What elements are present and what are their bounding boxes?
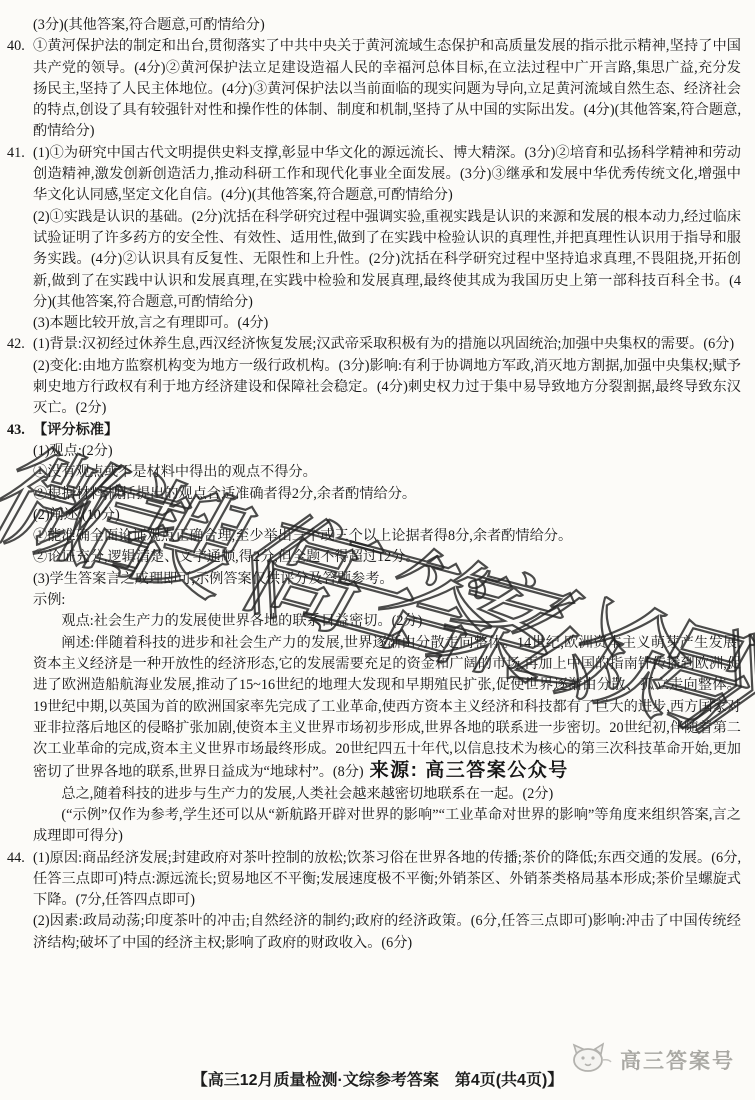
answers-list: (3分)(其他答案,符合题意,可酌情给分)40.①黄河保护法的制定和出台,贯彻落… bbox=[33, 15, 741, 954]
answer-text: 总之,随着科技的进步与生产力的发展,人类社会越来越密切地联系在一起。(2分) bbox=[61, 786, 553, 802]
answer-paragraph: 阐述:伴随着科技的进步和社会生产力的发展,世界逐渐由分散走向整体。14世纪,欧洲… bbox=[33, 633, 741, 784]
answer-text: 示例: bbox=[33, 592, 65, 608]
answer-text: (1)①为研究中国古代文明提供史料支撑,彰显中华文化的源远流长、博大精深。(3分… bbox=[33, 145, 741, 204]
question-number: 40. bbox=[7, 36, 25, 57]
answer-text: (2)因素:政局动荡;印度茶叶的冲击;自然经济的制约;政府的经济政策。(6分,任… bbox=[33, 913, 741, 950]
answer-text: (1)原因:商品经济发展;封建政府对茶叶控制的放松;饮茶习俗在世界各地的传播;茶… bbox=[33, 850, 741, 909]
question-number: 44. bbox=[7, 848, 25, 869]
answer-text: 阐述:伴随着科技的进步和社会生产力的发展,世界逐渐由分散走向整体。14世纪,欧洲… bbox=[33, 635, 741, 781]
answer-paragraph: (3)本题比较开放,言之有理即可。(4分) bbox=[33, 313, 741, 334]
answer-text: (1)观点:(2分) bbox=[33, 443, 113, 459]
answer-text: ①没有观点或不是材料中得出的观点不得分。 bbox=[33, 464, 317, 480]
answer-paragraph: 41.(1)①为研究中国古代文明提供史料支撑,彰显中华文化的源远流长、博大精深。… bbox=[33, 143, 741, 207]
answer-text: ①能准确全面论证观点正确合理,至少举出三个或三个以上论据者得8分,余者酌情给分。 bbox=[33, 528, 572, 544]
answer-paragraph: 42.(1)背景:汉初经过休养生息,西汉经济恢复发展;汉武帝采取积极有为的措施以… bbox=[33, 334, 741, 355]
answer-paragraph: (“示例”仅作为参考,学生还可以从“新航路开辟对世界的影响”“工业革命对世界的影… bbox=[33, 805, 741, 848]
answer-paragraph: 44.(1)原因:商品经济发展;封建政府对茶叶控制的放松;饮茶习俗在世界各地的传… bbox=[33, 848, 741, 912]
question-number: 42. bbox=[7, 334, 25, 355]
answer-text: (“示例”仅作为参考,学生还可以从“新航路开辟对世界的影响”“工业革命对世界的影… bbox=[33, 807, 741, 844]
answer-paragraph: (3)学生答案言之成理即可,示例答案仅供评分及答题参考。 bbox=[33, 569, 741, 590]
answer-text: ②根据材料,概括提出的观点合适准确者得2分,余者酌情给分。 bbox=[33, 486, 416, 502]
source-note: 来源: 高三答案公众号 bbox=[364, 760, 569, 781]
answer-text: (2)变化:由地方监察机构变为地方一级行政机构。(3分)影响:有利于协调地方军政… bbox=[33, 358, 741, 417]
answer-text: (3分)(其他答案,符合题意,可酌情给分) bbox=[33, 17, 265, 33]
publisher-logo-text: 高三答案号 bbox=[620, 1045, 735, 1075]
publisher-logo: 高三答案号 bbox=[571, 1041, 735, 1078]
answer-paragraph: 总之,随着科技的进步与生产力的发展,人类社会越来越密切地联系在一起。(2分) bbox=[33, 784, 741, 805]
answer-text: (2)阐述:(10分) bbox=[33, 507, 120, 523]
answer-paragraph: (2)①实践是认识的基础。(2分)沈括在科学研究过程中强调实验,重视实践是认识的… bbox=[33, 207, 741, 313]
answer-paragraph: ②根据材料,概括提出的观点合适准确者得2分,余者酌情给分。 bbox=[33, 484, 741, 505]
answer-text: 观点:社会生产力的发展使世界各地的联系日益密切。(2分) bbox=[61, 613, 422, 629]
answer-text: (1)背景:汉初经过休养生息,西汉经济恢复发展;汉武帝采取积极有为的措施以巩固统… bbox=[33, 336, 734, 352]
answer-text: ①黄河保护法的制定和出台,贯彻落实了中共中央关于黄河流域生态保护和高质量发展的指… bbox=[33, 38, 741, 139]
question-number: 41. bbox=[7, 143, 25, 164]
answer-paragraph: 40.①黄河保护法的制定和出台,贯彻落实了中共中央关于黄河流域生态保护和高质量发… bbox=[33, 36, 741, 142]
answer-paragraph: 观点:社会生产力的发展使世界各地的联系日益密切。(2分) bbox=[33, 611, 741, 632]
answer-paragraph: (2)阐述:(10分) bbox=[33, 505, 741, 526]
answer-paragraph: (2)因素:政局动荡;印度茶叶的冲击;自然经济的制约;政府的经济政策。(6分,任… bbox=[33, 911, 741, 954]
answer-paragraph: (2)变化:由地方监察机构变为地方一级行政机构。(3分)影响:有利于协调地方军政… bbox=[33, 356, 741, 420]
answer-paragraph: 示例: bbox=[33, 590, 741, 611]
answer-text: (3)本题比较开放,言之有理即可。(4分) bbox=[33, 315, 268, 331]
cat-face-icon bbox=[571, 1041, 613, 1078]
question-number: 43. bbox=[7, 420, 25, 441]
answer-paragraph: ②论证充分,逻辑清楚、文字通顺,得2分,但全题不得超过12分。 bbox=[33, 547, 741, 568]
answer-paragraph: (3分)(其他答案,符合题意,可酌情给分) bbox=[33, 15, 741, 36]
answer-text: (2)①实践是认识的基础。(2分)沈括在科学研究过程中强调实验,重视实践是认识的… bbox=[33, 209, 741, 310]
answer-text: 【评分标准】 bbox=[33, 422, 118, 438]
answer-paragraph: ①能准确全面论证观点正确合理,至少举出三个或三个以上论据者得8分,余者酌情给分。 bbox=[33, 526, 741, 547]
answer-sheet-page: (3分)(其他答案,符合题意,可酌情给分)40.①黄河保护法的制定和出台,贯彻落… bbox=[0, 0, 755, 1100]
answer-paragraph: (1)观点:(2分) bbox=[33, 441, 741, 462]
answer-text: (3)学生答案言之成理即可,示例答案仅供评分及答题参考。 bbox=[33, 571, 394, 587]
answer-paragraph: 43.【评分标准】 bbox=[33, 420, 741, 441]
answer-text: ②论证充分,逻辑清楚、文字通顺,得2分,但全题不得超过12分。 bbox=[33, 549, 420, 565]
answer-paragraph: ①没有观点或不是材料中得出的观点不得分。 bbox=[33, 462, 741, 483]
